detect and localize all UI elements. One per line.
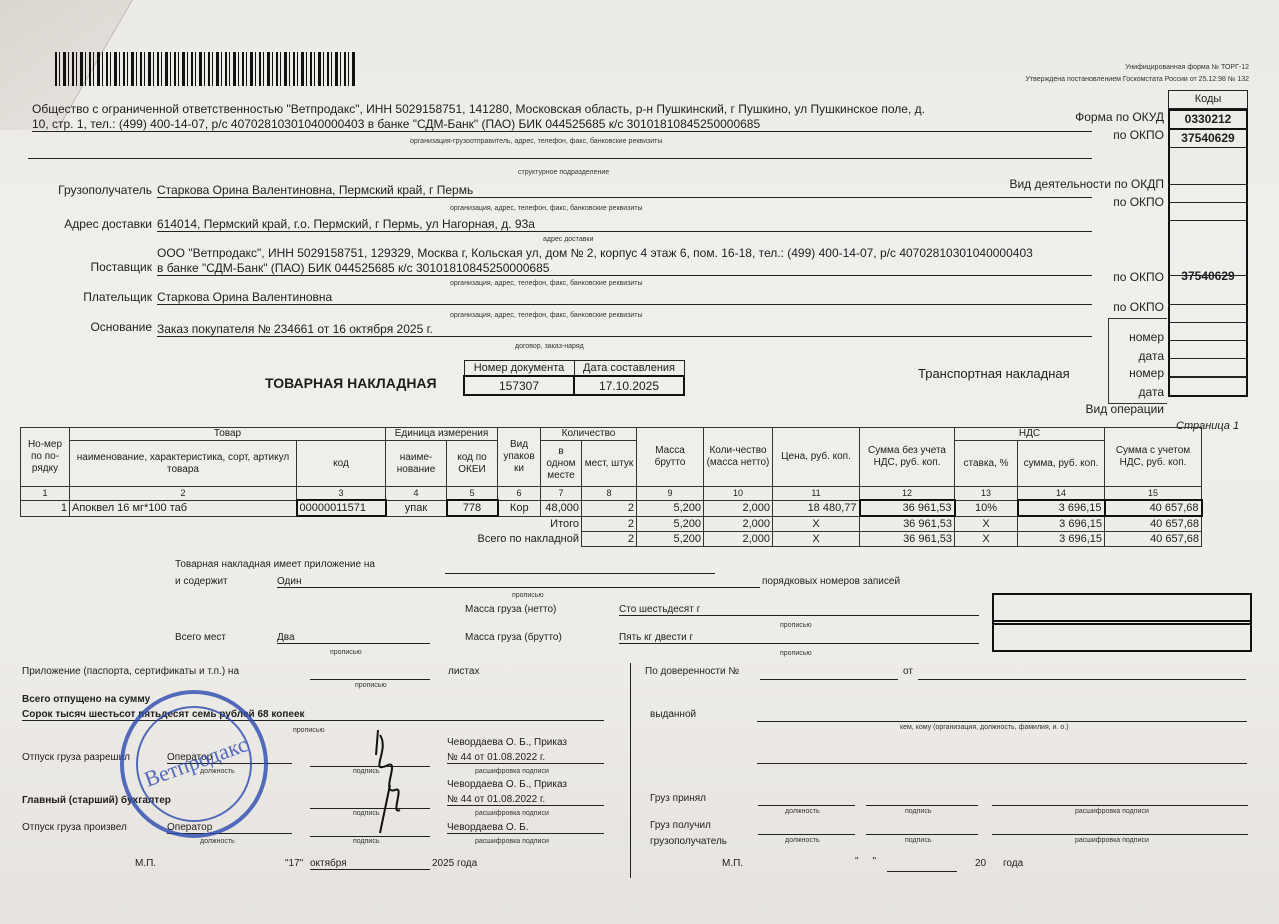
net-label: Масса груза (нетто) <box>465 604 556 615</box>
col-vat-sum-header: сумма, руб. коп. <box>1018 441 1105 487</box>
col-number: 13 <box>955 487 1018 501</box>
receiver-year-suffix: года <box>1003 858 1023 869</box>
decode-caption-1: расшифровка подписи <box>475 768 549 775</box>
row-gross: 5,200 <box>637 500 704 516</box>
codes-column: Коды 0330212 37540629 37540629 <box>1168 90 1248 397</box>
accountant-name-1: Чевордаева О. Б., Приказ <box>447 779 567 790</box>
gross-value: Пять кг двести г <box>619 632 979 644</box>
row-net: 2,000 <box>704 500 773 516</box>
total-row: Итого 2 5,200 2,000 X 36 961,53 X 3 696,… <box>21 516 1202 532</box>
row-vat-rate: 10% <box>955 500 1018 516</box>
okpo-consignee-code <box>1168 203 1248 221</box>
col-net-header: Коли-чество (масса нетто) <box>704 428 773 487</box>
okpo-shipper-code: 37540629 <box>1168 130 1248 148</box>
goods-table: Но-мер по по-рядку Товар Единица измерен… <box>20 427 1203 547</box>
sheets-label: листах <box>448 666 479 677</box>
receiver-year: 20 <box>975 858 986 869</box>
approval-note: Утверждена постановлением Госкомстата Ро… <box>1026 76 1250 83</box>
grand-net: 2,000 <box>704 532 773 547</box>
okpo-label-3: по ОКПО <box>1113 270 1164 284</box>
grand-vat-sum: 3 696,15 <box>1018 532 1105 547</box>
okpo-label-4: по ОКПО <box>1113 300 1164 314</box>
contains-caption: прописью <box>512 592 544 599</box>
net-caption: прописью <box>780 622 812 629</box>
total-sum-vat: 40 657,68 <box>1105 516 1202 532</box>
supplier-line-2: в банке "СДМ-Банк" (ПАО) БИК 044525685 к… <box>157 261 1092 276</box>
payer-value: Старкова Орина Валентиновна <box>157 290 1092 305</box>
attachment-line <box>445 561 715 574</box>
released-by-name: Чевордаева О. Б. <box>447 822 604 834</box>
total-places: 2 <box>582 516 637 532</box>
appendix-caption: прописью <box>355 682 387 689</box>
col-number: 8 <box>582 487 637 501</box>
shipper-line-2: 10, стр. 1, тел.: (499) 400-14-07, р/с 4… <box>32 117 1092 132</box>
total-net: 2,000 <box>704 516 773 532</box>
col-number: 1 <box>21 487 70 501</box>
okpo-supplier-code: 37540629 <box>1168 221 1248 276</box>
places-value: Два <box>277 632 430 644</box>
col-unit-name-header: наиме-нование <box>386 441 447 487</box>
total-gross: 5,200 <box>637 516 704 532</box>
basis-caption: договор, заказ-наряд <box>515 343 584 350</box>
grand-total-label: Всего по накладной <box>386 532 582 547</box>
grand-gross: 5,200 <box>637 532 704 547</box>
col-number: 15 <box>1105 487 1202 501</box>
records-label: порядковых номеров записей <box>762 576 900 587</box>
col-pack-header: Вид упаков ки <box>498 428 541 487</box>
accepted-signature-line[interactable] <box>866 793 978 806</box>
payer-caption: организация, адрес, телефон, факс, банко… <box>450 312 643 319</box>
receiver-date-line[interactable] <box>887 858 957 872</box>
date-year: 2025 года <box>432 858 477 869</box>
company-stamp: Ветпродакс <box>120 690 268 838</box>
payer-label: Плательщик <box>0 290 152 304</box>
received-position-line[interactable] <box>758 822 855 835</box>
proxy-number-line[interactable] <box>760 666 898 680</box>
grand-vat-rate: X <box>955 532 1018 547</box>
signature-scribble <box>360 725 420 835</box>
released-caption: прописью <box>293 727 325 734</box>
col-goods-header: Товар <box>70 428 386 441</box>
col-number: 7 <box>541 487 582 501</box>
receiver-stamp-label: М.П. <box>722 858 743 869</box>
doc-number-header: Номер документа <box>464 361 574 377</box>
received-label-2: грузополучатель <box>650 836 727 847</box>
places-label: Всего мест <box>175 632 226 643</box>
doc-date: 17.10.2025 <box>574 376 684 395</box>
delivery-label: Адрес доставки <box>0 217 152 231</box>
supplier-label: Поставщик <box>0 260 152 274</box>
released-by-label: Отпуск груза произвел <box>22 822 127 833</box>
accepted-position-line[interactable] <box>758 793 855 806</box>
release-allowed-name-2: № 44 от 01.08.2022 г. <box>447 752 604 764</box>
row-unit: упак <box>386 500 447 516</box>
okpo-label-1: по ОКПО <box>1113 128 1164 142</box>
issued-line[interactable] <box>757 708 1247 722</box>
subdivision-code <box>1168 148 1248 185</box>
proxy-from-label: от <box>903 666 913 677</box>
col-sum-novat-header: Сумма без учета НДС, руб. коп. <box>860 428 955 487</box>
unified-form-note: Унифицированная форма № ТОРГ-12 <box>1125 64 1249 71</box>
row-name: Апоквел 16 мг*100 таб <box>70 500 297 516</box>
col-okei-header: код по ОКЕИ <box>447 441 498 487</box>
consignee-caption: организация, адрес, телефон, факс, банко… <box>450 205 643 212</box>
transport-number-label: номер <box>1129 366 1164 380</box>
row-sum-novat: 36 961,53 <box>860 500 955 516</box>
signature-caption-3: подпись <box>353 838 379 845</box>
col-number: 6 <box>498 487 541 501</box>
delivery-value: 614014, Пермский край, г.о. Пермский, г … <box>157 217 1092 232</box>
total-vat-sum: 3 696,15 <box>1018 516 1105 532</box>
col-number: 4 <box>386 487 447 501</box>
transport-date-label: дата <box>1139 385 1164 399</box>
attachment-text: Товарная накладная имеет приложение на <box>175 559 375 570</box>
operation-label: Вид операции <box>1085 402 1164 416</box>
contains-label: и содержит <box>175 576 228 587</box>
consignee-value: Старкова Орина Валентиновна, Пермский кр… <box>157 183 1092 198</box>
released-label: Всего отпущено на сумму <box>22 694 150 705</box>
col-number: 3 <box>297 487 386 501</box>
supplier-caption: организация, адрес, телефон, факс, банко… <box>450 280 643 287</box>
col-qty-header: Количество <box>541 428 637 441</box>
date-month: октября <box>310 858 430 870</box>
supplier-line-1: ООО "Ветпродакс", ИНН 5029158751, 129329… <box>157 246 1092 260</box>
released-value: Сорок тысяч шестьсот пятьдесят семь рубл… <box>22 709 604 721</box>
basis-value: Заказ покупателя № 234661 от 16 октября … <box>157 322 1092 337</box>
table-row: 1 Апоквел 16 мг*100 таб 00000011571 упак… <box>21 500 1202 516</box>
gross-caption: прописью <box>780 650 812 657</box>
basis-number-code <box>1168 305 1248 323</box>
gross-mass-box <box>992 620 1252 652</box>
appendix-label: Приложение (паспорта, сертификаты и т.п.… <box>22 666 239 677</box>
row-price: 18 480,77 <box>773 500 860 516</box>
col-number: 5 <box>447 487 498 501</box>
row-no: 1 <box>21 500 70 516</box>
barcode <box>55 52 355 86</box>
issued-caption: кем, кому (организация, должность, фамил… <box>900 724 1069 731</box>
stamp-place-label: М.П. <box>135 858 156 869</box>
col-price-header: Цена, руб. коп. <box>773 428 860 487</box>
grand-places: 2 <box>582 532 637 547</box>
col-gross-header: Масса брутто <box>637 428 704 487</box>
basis-date-code <box>1168 323 1248 341</box>
transport-number-code <box>1168 341 1248 359</box>
row-places: 2 <box>582 500 637 516</box>
col-vat-rate-header: ставка, % <box>955 441 1018 487</box>
decode-caption-2: расшифровка подписи <box>475 810 549 817</box>
received-signature-line[interactable] <box>866 822 978 835</box>
position-caption-3: должность <box>200 838 235 845</box>
grand-total-row: Всего по накладной 2 5,200 2,000 X 36 96… <box>21 532 1202 547</box>
okpo-label-2: по ОКПО <box>1113 195 1164 209</box>
gross-label: Масса груза (брутто) <box>465 632 562 643</box>
doc-date-header: Дата составления <box>574 361 684 377</box>
date-day: "17" <box>285 858 303 869</box>
transport-date-code <box>1168 359 1248 377</box>
col-vat-header: НДС <box>955 428 1105 441</box>
accountant-name-2: № 44 от 01.08.2022 г. <box>447 794 604 806</box>
received-position-caption: должность <box>785 837 820 844</box>
subdivision-caption: структурное подразделение <box>518 169 609 176</box>
total-vat-rate: X <box>955 516 1018 532</box>
document-number-table: Номер документаДата составления 15730717… <box>463 360 685 396</box>
col-code-header: код <box>297 441 386 487</box>
operation-code <box>1168 377 1248 397</box>
col-unit-header: Единица измерения <box>386 428 498 441</box>
consignee-label: Грузополучатель <box>0 183 152 197</box>
col-number: 14 <box>1018 487 1105 501</box>
doc-number: 157307 <box>464 376 574 395</box>
transport-label: Транспортная накладная <box>918 366 1070 381</box>
contains-value: Один <box>277 576 760 588</box>
grand-sum-vat: 40 657,68 <box>1105 532 1202 547</box>
proxy-date-line[interactable] <box>918 666 1246 680</box>
col-number: 9 <box>637 487 704 501</box>
basis-date-label: дата <box>1139 349 1164 363</box>
okud-label: Форма по ОКУД <box>1075 110 1164 124</box>
total-price: X <box>773 516 860 532</box>
issued-line-2[interactable] <box>757 750 1247 764</box>
col-sum-vat-header: Сумма с учетом НДС, руб. коп. <box>1105 428 1202 487</box>
receiver-date-quotes: " " <box>855 856 876 867</box>
row-okei: 778 <box>447 500 498 516</box>
delivery-caption: адрес доставки <box>543 236 593 243</box>
release-allowed-label: Отпуск груза разрешил <box>22 752 130 763</box>
col-no-header: Но-мер по по-рядку <box>21 428 70 487</box>
okdp-code <box>1168 185 1248 203</box>
footer-divider <box>630 663 631 878</box>
row-sum-vat: 40 657,68 <box>1105 500 1202 516</box>
appendix-line <box>310 666 430 680</box>
subdivision-line <box>28 148 1092 159</box>
received-signature-caption: подпись <box>905 837 931 844</box>
okud-code: 0330212 <box>1168 109 1248 130</box>
codes-header: Коды <box>1168 90 1248 109</box>
row-qty-one: 48,000 <box>541 500 582 516</box>
accepted-label: Груз принял <box>650 793 706 804</box>
grand-price: X <box>773 532 860 547</box>
col-qty-one-header: в одном месте <box>541 441 582 487</box>
basis-number-label: номер <box>1129 330 1164 344</box>
proxy-label: По доверенности № <box>645 666 739 677</box>
places-caption: прописью <box>330 649 362 656</box>
grand-sum-novat: 36 961,53 <box>860 532 955 547</box>
accepted-decode-line[interactable] <box>992 793 1248 806</box>
document-page: Унифицированная форма № ТОРГ-12 Утвержде… <box>0 0 1279 924</box>
total-sum-novat: 36 961,53 <box>860 516 955 532</box>
accepted-decode-caption: расшифровка подписи <box>1075 808 1149 815</box>
shipper-line-1: Общество с ограниченной ответственностью… <box>32 102 1092 116</box>
col-places-header: мест, штук <box>582 441 637 487</box>
row-code: 00000011571 <box>297 500 386 516</box>
col-number: 10 <box>704 487 773 501</box>
release-allowed-name-1: Чевордаева О. Б., Приказ <box>447 737 567 748</box>
net-value: Сто шестьдесят г <box>619 604 979 616</box>
decode-caption-3: расшифровка подписи <box>475 838 549 845</box>
col-number: 11 <box>773 487 860 501</box>
row-vat-sum: 3 696,15 <box>1018 500 1105 516</box>
basis-label: Основание <box>0 320 152 334</box>
col-goods-name-header: наименование, характеристика, сорт, арти… <box>70 441 297 487</box>
row-pack: Кор <box>498 500 541 516</box>
col-number: 12 <box>860 487 955 501</box>
received-decode-caption: расшифровка подписи <box>1075 837 1149 844</box>
total-label: Итого <box>498 516 582 532</box>
received-label-1: Груз получил <box>650 820 711 831</box>
column-numbers-row: 1 2 3 4 5 6 7 8 9 10 11 12 13 14 15 <box>21 487 1202 501</box>
accepted-signature-caption: подпись <box>905 808 931 815</box>
shipper-caption: организация-грузоотправитель, адрес, тел… <box>410 138 662 145</box>
stamp-text: Ветпродакс <box>141 731 251 792</box>
document-title: ТОВАРНАЯ НАКЛАДНАЯ <box>265 375 437 391</box>
issued-label: выданной <box>650 709 696 720</box>
col-number: 2 <box>70 487 297 501</box>
accepted-position-caption: должность <box>785 808 820 815</box>
received-decode-line[interactable] <box>992 822 1248 835</box>
